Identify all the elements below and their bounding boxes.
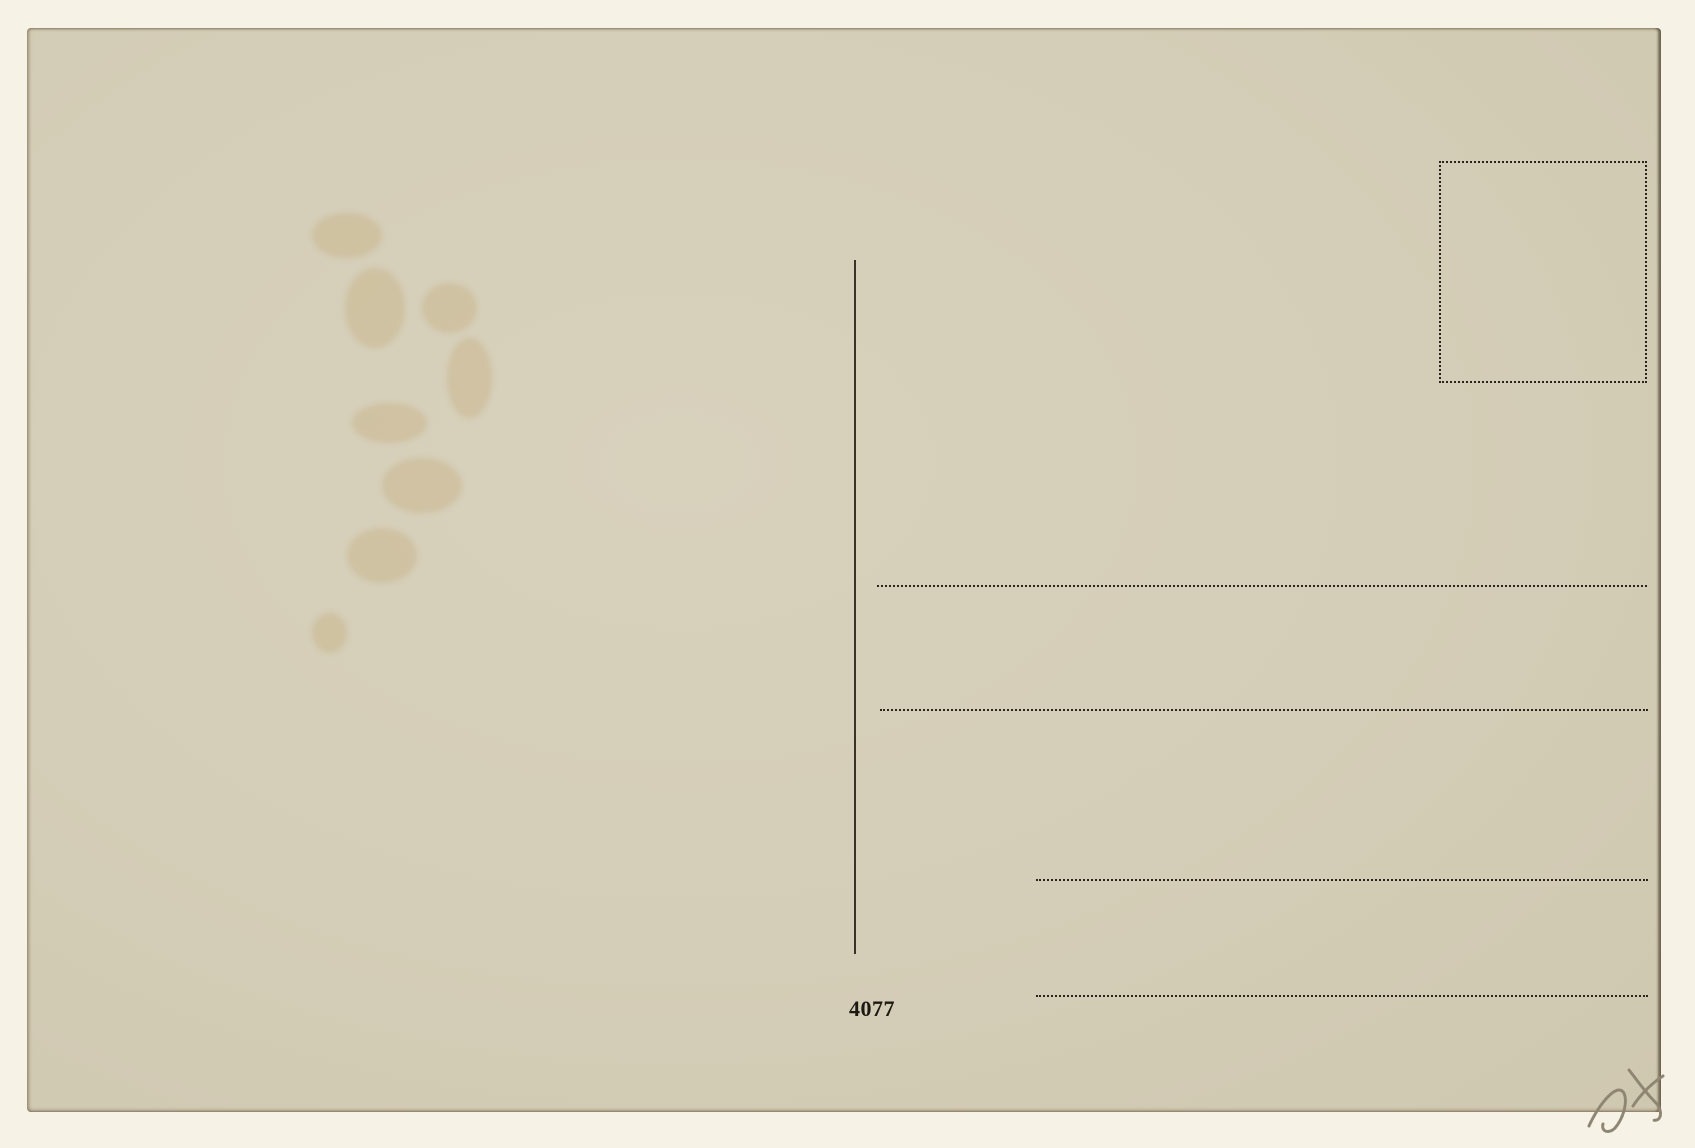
catalog-number: 4077 [849, 996, 895, 1022]
stain [382, 458, 462, 513]
stain [352, 403, 427, 443]
address-line-3 [1036, 879, 1648, 881]
postcard-back: 4077 [27, 28, 1661, 1112]
stamp-box [1439, 161, 1647, 383]
stain [312, 613, 347, 653]
stain [345, 268, 405, 348]
pencil-initials-icon [1567, 1048, 1677, 1138]
stain [347, 528, 417, 583]
stain [447, 338, 492, 418]
address-line-4 [1036, 995, 1648, 997]
address-line-2 [880, 709, 1648, 711]
stain [312, 213, 382, 258]
vertical-divider [854, 260, 856, 954]
address-line-1 [877, 585, 1647, 587]
stain [422, 283, 477, 333]
